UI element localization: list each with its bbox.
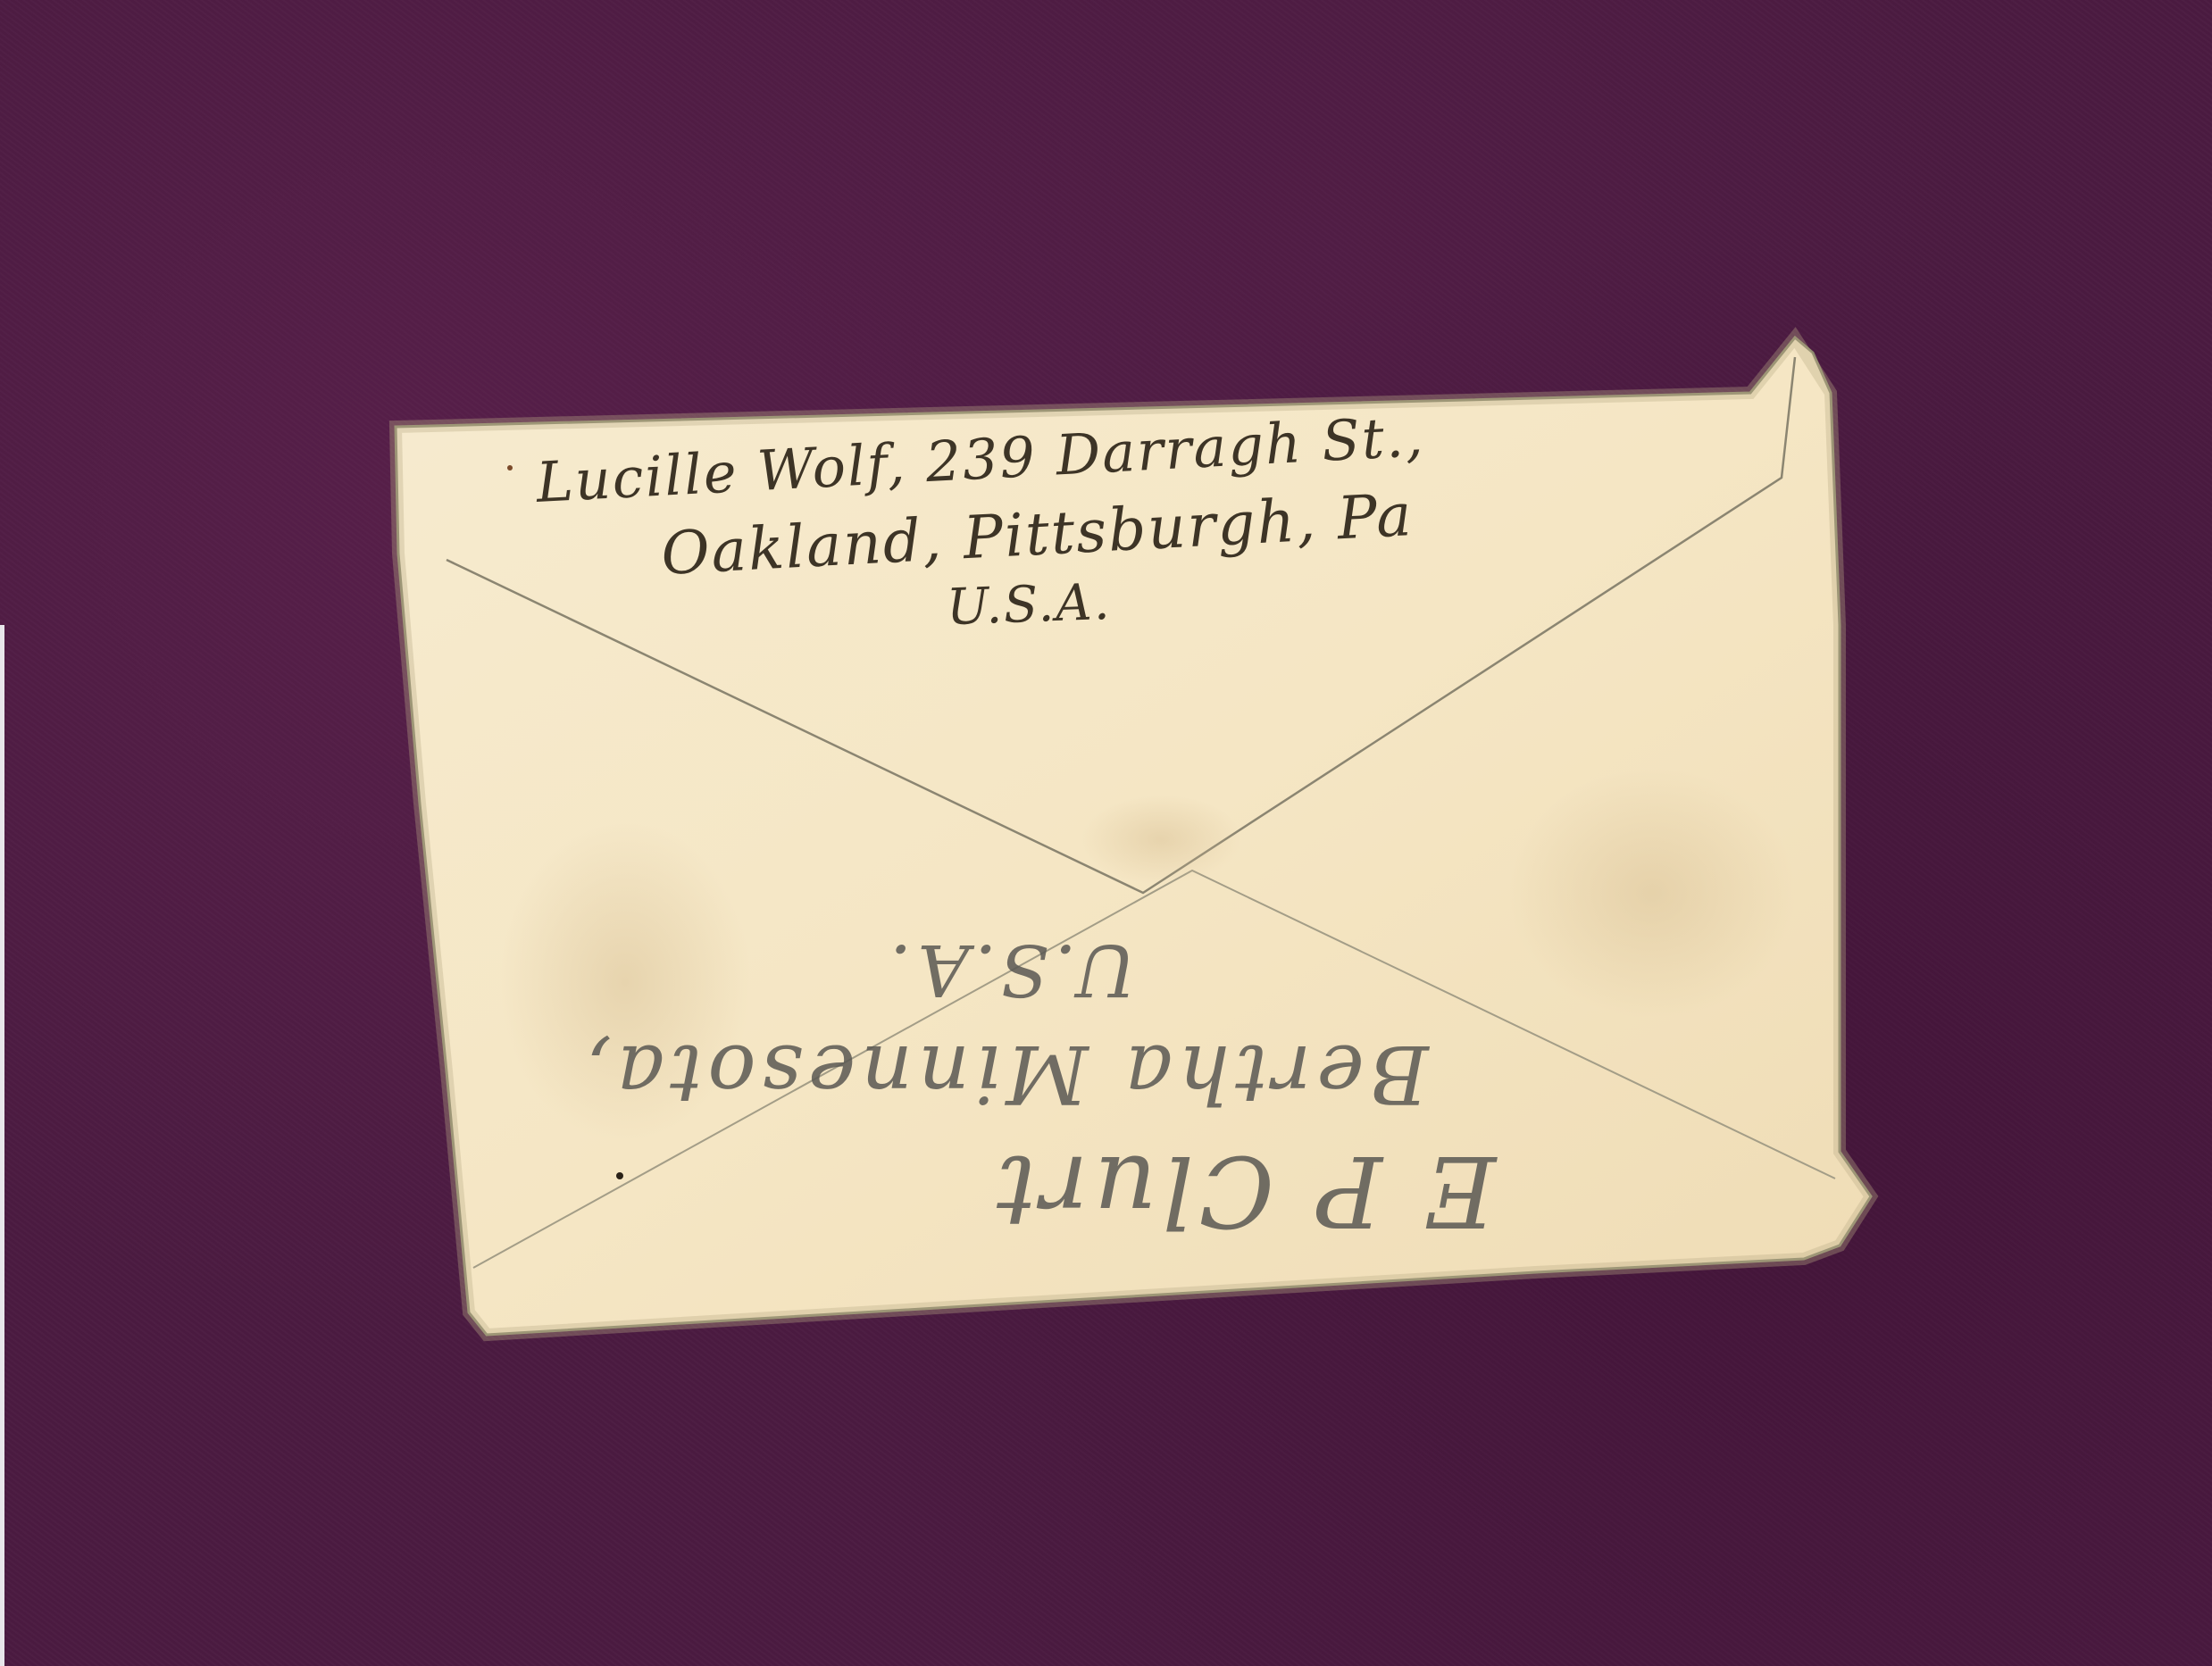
envelope bbox=[0, 0, 2212, 1666]
pencil-note-line-2: Bertha Minnesota, bbox=[580, 1027, 1429, 1120]
return-address-line-3: U.S.A. bbox=[946, 573, 1112, 637]
pencil-note-line-1: E P Clurt bbox=[991, 1134, 1496, 1248]
pencil-note-line-3: U.S.A. bbox=[884, 929, 1136, 1012]
